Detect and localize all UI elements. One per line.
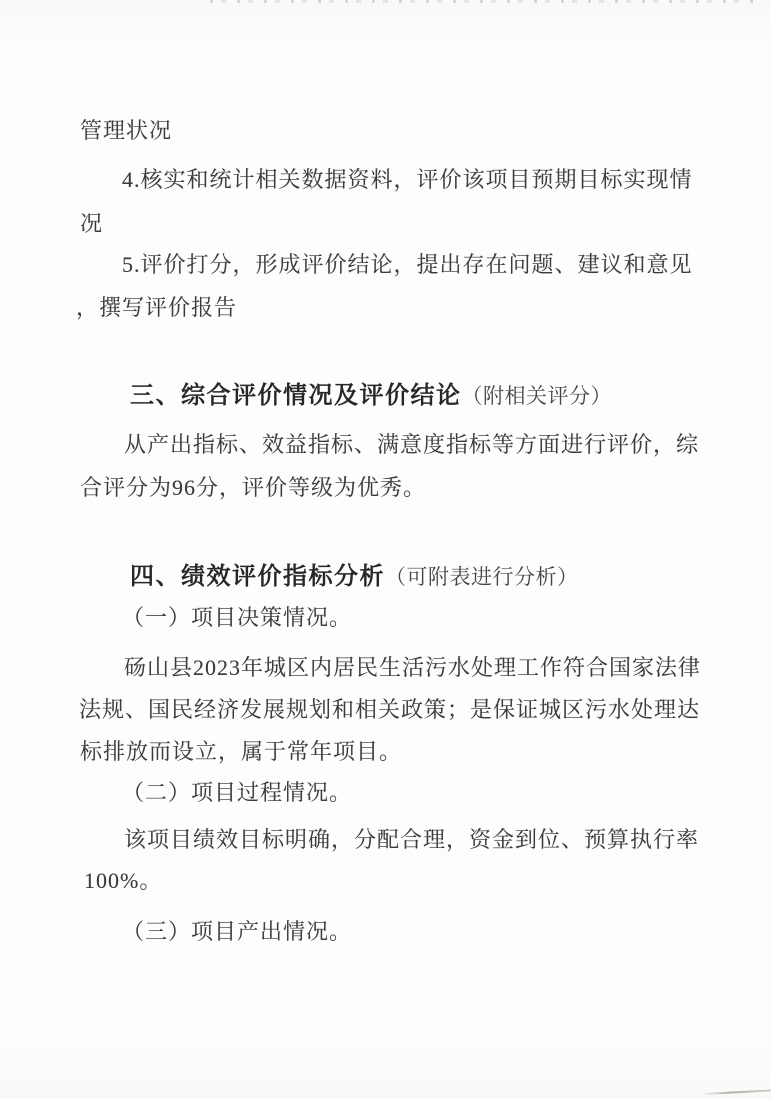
section-heading-4-note: （可附表进行分析） xyxy=(385,565,579,589)
doc-line: 4.核实和统计相关数据资料，评价该项目预期目标实现情 xyxy=(122,167,693,193)
doc-line: 该项目绩效目标明确，分配合理，资金到位、预算执行率 xyxy=(124,827,699,853)
scanned-document-page: 管理状况 4.核实和统计相关数据资料，评价该项目预期目标实现情 况 5.评价打分… xyxy=(0,0,771,1099)
subsection-heading-2: （二）项目过程情况。 xyxy=(122,780,352,806)
section-heading-4-title: 四、绩效评价指标分析 xyxy=(130,563,385,590)
doc-line: 况 xyxy=(80,211,103,237)
section-heading-3-note: （附相关评分） xyxy=(462,384,613,408)
subsection-heading-3: （三）项目产出情况。 xyxy=(122,919,352,945)
doc-line: 法规、国民经济发展规划和相关政策；是保证城区污水处理达 xyxy=(79,697,700,723)
section-heading-4: 四、绩效评价指标分析（可附表进行分析） xyxy=(130,563,579,591)
section-heading-3: 三、综合评价情况及评价结论（附相关评分） xyxy=(130,382,612,410)
corner-scan-line-artifact xyxy=(704,1089,771,1095)
doc-line: ，撰写评价报告 xyxy=(76,295,237,321)
doc-line: 从产出指标、效益指标、满意度指标等方面进行评价，综 xyxy=(124,432,699,458)
doc-line-rate: 100%。 xyxy=(84,868,162,894)
doc-line: 管理状况 xyxy=(80,118,172,144)
subsection-heading-1: （一）项目决策情况。 xyxy=(122,605,352,631)
doc-line: 5.评价打分，形成评价结论，提出存在问题、建议和意见 xyxy=(122,252,693,278)
top-edge-scan-artifact xyxy=(210,0,755,3)
section-heading-3-title: 三、综合评价情况及评价结论 xyxy=(130,382,462,409)
doc-line: 标排放而设立，属于常年项目。 xyxy=(80,739,402,765)
doc-line-score: 合评分为96分，评价等级为优秀。 xyxy=(80,475,426,501)
doc-line: 砀山县2023年城区内居民生活污水处理工作符合国家法律 xyxy=(124,655,701,681)
